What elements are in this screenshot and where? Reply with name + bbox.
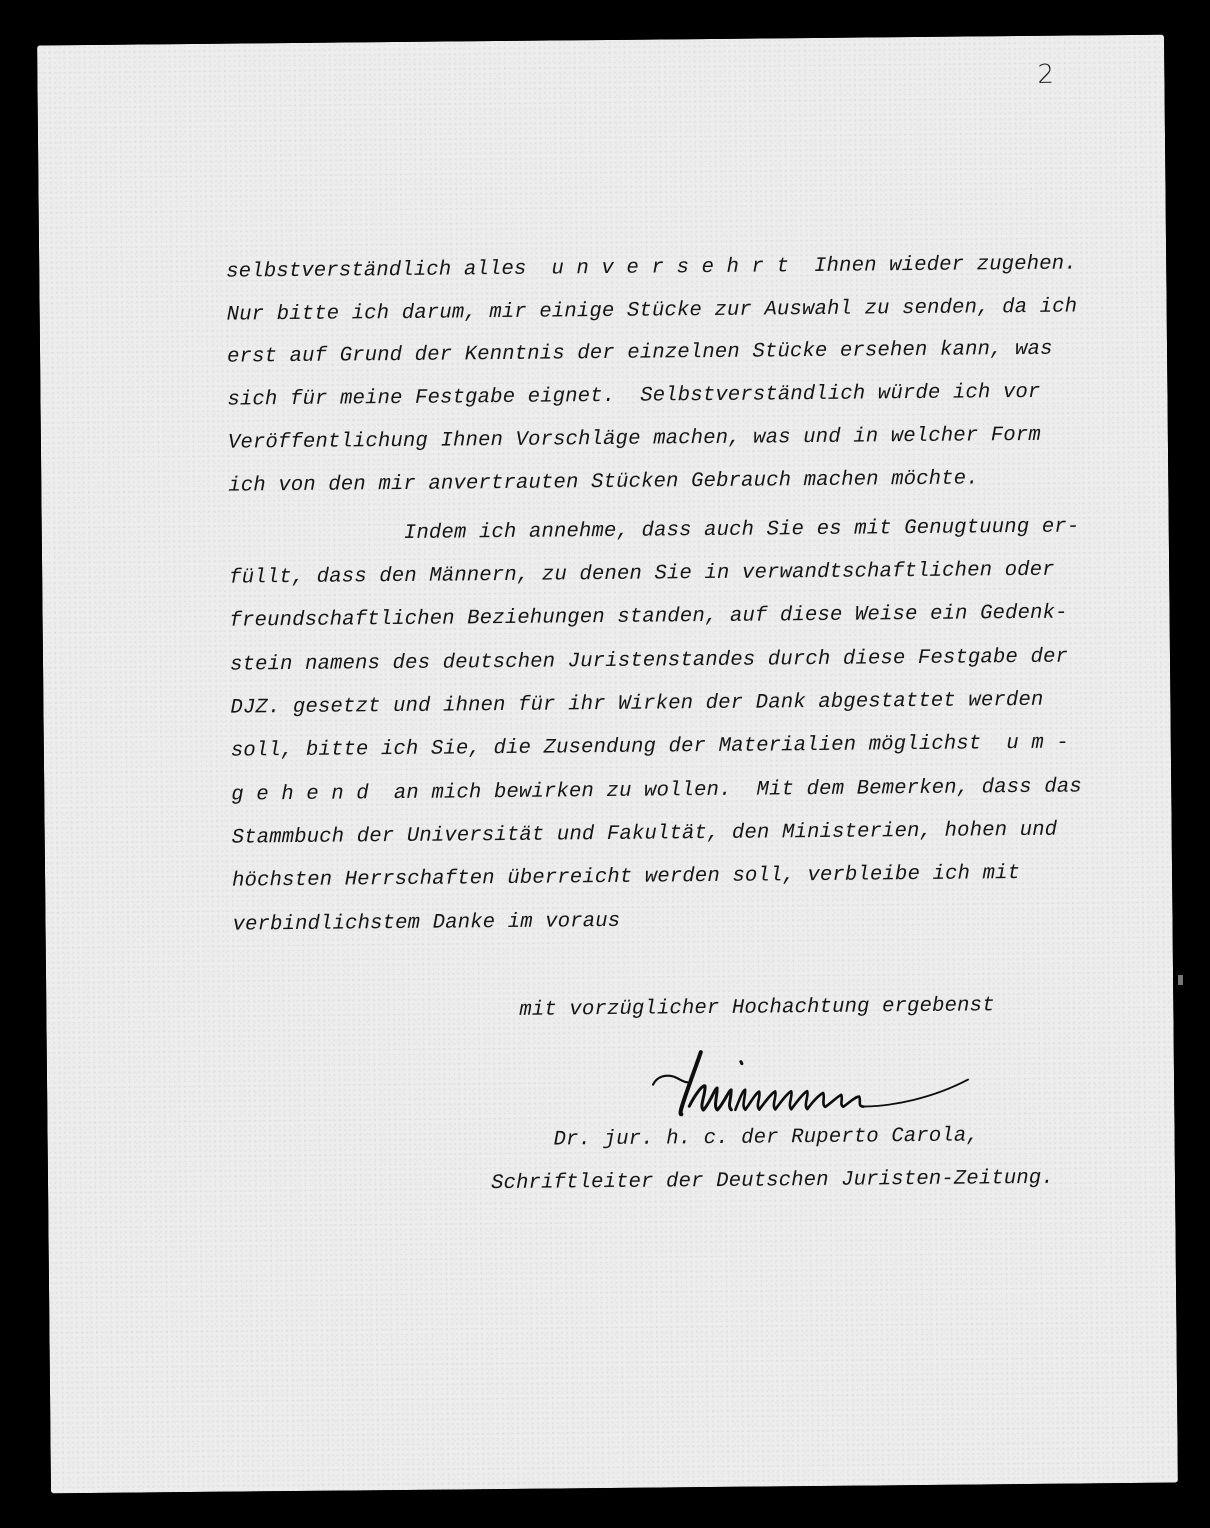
body-line: füllt, dass den Männern, zu denen Sie in… [229, 561, 1055, 590]
page-number: 2 [1037, 60, 1054, 90]
signatory-title-1: Dr. jur. h. c. der Ruperto Carola, [554, 1126, 979, 1151]
body-line: soll, bitte ich Sie, die Zusendung der M… [231, 734, 1069, 763]
body-line: verbindlichstem Danke im voraus [232, 912, 620, 936]
body-line: Veröffentlichung Ihnen Vorschläge machen… [228, 426, 1041, 454]
body-line: sich für meine Festgabe eignet. Selbstve… [227, 383, 1040, 411]
body-line: Stammbuch der Universität und Fakultät, … [232, 821, 1058, 850]
body-line: ich von den mir anvertrauten Stücken Geb… [228, 469, 979, 497]
scan-artifact [1178, 975, 1183, 985]
signatory-title-2: Schriftleiter der Deutschen Juristen-Zei… [491, 1169, 1054, 1195]
body-line: g e h e n d an mich bewirken zu wollen. … [231, 777, 1082, 806]
body-line: freundschaftlichen Beziehungen standen, … [230, 604, 1068, 633]
body-line: erst auf Grund der Kenntnis der einzelne… [227, 340, 1053, 369]
letter-page: 2 selbstverständlich alles u n v e r s e… [37, 35, 1178, 1494]
body-line: höchsten Herrschaften überreicht werden … [232, 864, 1020, 892]
signature-icon [643, 1041, 984, 1124]
body-line: DJZ. gesetzt und ihnen für ihr Wirken de… [230, 691, 1043, 719]
body-line: selbstverständlich alles u n v e r s e h… [226, 254, 1077, 283]
letter-body: selbstverständlich alles u n v e r s e h… [37, 35, 1164, 46]
body-line: stein namens des deutschen Juristenstand… [230, 648, 1068, 677]
body-line: Nur bitte ich darum, mir einige Stücke z… [227, 297, 1078, 326]
closing-salutation: mit vorzüglicher Hochachtung ergebenst [519, 996, 995, 1021]
body-line: Indem ich annehme, dass auch Sie es mit … [229, 517, 1080, 546]
